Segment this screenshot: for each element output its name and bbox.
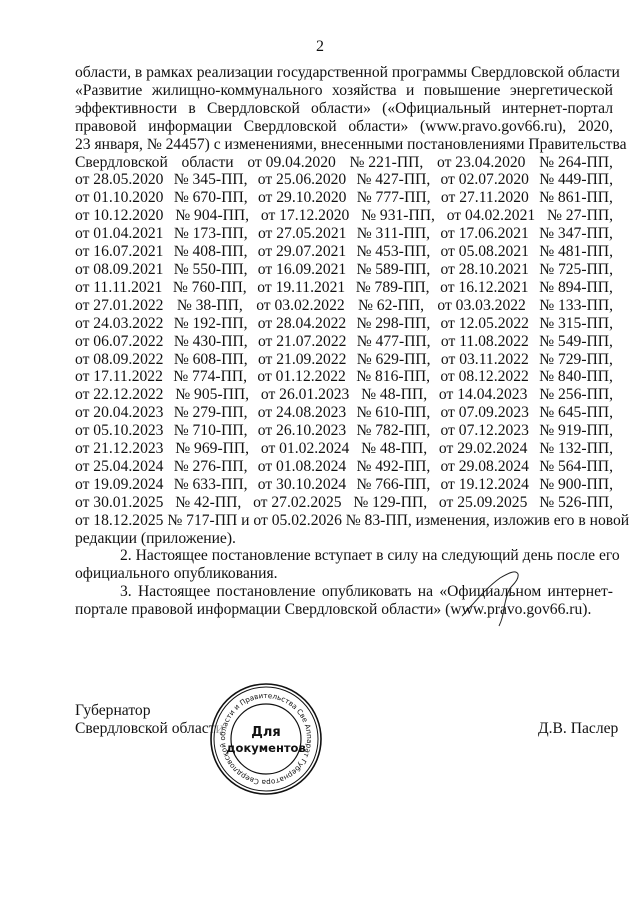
amendment-line: Свердловскойобластиот 09.04.2020№ 221-ПП…: [75, 154, 613, 172]
amendment-number: № 408-ПП,: [174, 243, 248, 261]
amendment-number: № 42-ПП,: [175, 494, 241, 512]
amendment-date: от 01.08.2024: [258, 458, 346, 476]
amendment-number: № 629-ПП,: [357, 351, 431, 369]
amendment-line: от 30.01.2025№ 42-ПП,от 27.02.2025№ 129-…: [75, 494, 613, 512]
amendment-number: № 610-ПП,: [356, 404, 430, 422]
amendment-number: № 276-ПП,: [174, 458, 248, 476]
amendment-line: от 20.04.2023№ 279-ПП,от 24.08.2023№ 610…: [75, 404, 613, 422]
amendment-date: от 24.08.2023: [258, 404, 346, 422]
amendment-date: от 28.05.2020: [75, 171, 163, 189]
amendment-number: № 481-ПП,: [539, 243, 613, 261]
amendment-date: от 26.10.2023: [258, 422, 346, 440]
amendment-line: от 08.09.2022№ 608-ПП,от 21.09.2022№ 629…: [75, 351, 613, 369]
amendment-date: от 09.04.2020: [247, 154, 335, 172]
amendment-number: № 62-ПП,: [358, 297, 424, 315]
amendment-date: от 21.12.2023: [75, 440, 163, 458]
signatory-name: Д.В. Паслер: [538, 720, 618, 738]
amendment-number: № 311-ПП,: [357, 225, 430, 243]
amendment-number: № 589-ПП,: [356, 261, 430, 279]
amendment-number: № 919-ПП,: [539, 422, 613, 440]
amendment-date: от 29.07.2021: [258, 243, 346, 261]
amendment-date: от 19.09.2024: [75, 476, 163, 494]
amendment-number: № 816-ПП,: [356, 368, 430, 386]
amendment-number: № 904-ПП,: [175, 207, 249, 225]
stamp-center-line-1: Для: [251, 725, 280, 740]
amendment-number: № 129-ПП,: [353, 494, 427, 512]
amendment-prefix-word: области: [182, 154, 234, 172]
amendment-line: от 10.12.2020№ 904-ПП,от 17.12.2020№ 931…: [75, 207, 613, 225]
amendment-date: от 01.02.2024: [261, 440, 349, 458]
amendment-date: от 30.10.2024: [258, 476, 346, 494]
amendment-number: № 279-ПП,: [174, 404, 248, 422]
amendment-date: от 08.09.2021: [75, 261, 163, 279]
amendment-number: № 760-ПП,: [173, 279, 247, 297]
amendments-tail: от 18.12.2025 № 717-ПП и от 05.02.2026 №…: [75, 512, 613, 548]
intro-paragraph: области, в рамках реализации государстве…: [75, 64, 613, 154]
amendment-number: № 774-ПП,: [173, 368, 247, 386]
amendment-number: № 345-ПП,: [174, 171, 248, 189]
amendment-number: № 608-ПП,: [174, 351, 248, 369]
amendment-date: от 28.04.2022: [258, 315, 346, 333]
amendment-date: от 25.06.2020: [258, 171, 346, 189]
amendment-number: № 264-ПП,: [539, 154, 613, 172]
amendment-number: № 861-ПП,: [539, 189, 613, 207]
amendment-date: от 03.11.2022: [441, 351, 529, 369]
amendment-date: от 27.05.2021: [258, 225, 346, 243]
amendment-number: № 347-ПП,: [539, 225, 613, 243]
amendment-number: № 526-ПП,: [539, 494, 613, 512]
amendment-date: от 03.02.2022: [256, 297, 344, 315]
amendment-number: № 173-ПП,: [174, 225, 248, 243]
amendment-date: от 04.02.2021: [447, 207, 535, 225]
amendment-number: № 430-ПП,: [174, 333, 248, 351]
text-line: эффективности в Свердловской области» («…: [75, 100, 613, 118]
amendment-line: от 28.05.2020№ 345-ПП,от 25.06.2020№ 427…: [75, 171, 613, 189]
text-line: 23 января, № 24457) с изменениями, внесе…: [75, 136, 613, 154]
amendment-number: № 900-ПП,: [539, 476, 613, 494]
text-line: «Развитие жилищно-коммунального хозяйств…: [75, 82, 613, 100]
amendment-line: от 01.10.2020№ 670-ПП,от 29.10.2020№ 777…: [75, 189, 613, 207]
amendment-date: от 24.03.2022: [75, 315, 163, 333]
amendment-line: от 11.11.2021№ 760-ПП,от 19.11.2021№ 789…: [75, 279, 613, 297]
amendment-number: № 725-ПП,: [539, 261, 613, 279]
amendment-number: № 905-ПП,: [175, 386, 249, 404]
document-body: области, в рамках реализации государстве…: [75, 64, 613, 619]
amendment-number: № 550-ПП,: [174, 261, 248, 279]
amendment-date: от 17.12.2020: [261, 207, 349, 225]
amendment-number: № 492-ПП,: [356, 458, 430, 476]
amendment-line: от 27.01.2022№ 38-ПП,от 03.02.2022№ 62-П…: [75, 297, 613, 315]
amendment-date: от 29.10.2020: [258, 189, 346, 207]
amendment-date: от 16.12.2021: [440, 279, 528, 297]
amendment-prefix-word: Свердловской: [75, 154, 168, 172]
amendment-date: от 14.04.2023: [439, 386, 527, 404]
amendment-number: № 969-ПП,: [175, 440, 249, 458]
amendment-number: № 564-ПП,: [539, 458, 613, 476]
amendment-line: от 16.07.2021№ 408-ПП,от 29.07.2021№ 453…: [75, 243, 613, 261]
amendment-date: от 19.11.2021: [257, 279, 345, 297]
text-line: области, в рамках реализации государстве…: [75, 64, 613, 82]
amendment-date: от 16.07.2021: [75, 243, 163, 261]
amendment-line: от 01.04.2021№ 173-ПП,от 27.05.2021№ 311…: [75, 225, 613, 243]
amendment-number: № 298-ПП,: [356, 315, 430, 333]
amendment-number: № 38-ПП,: [177, 297, 243, 315]
amendment-date: от 01.10.2020: [75, 189, 163, 207]
amendment-number: № 315-ПП,: [539, 315, 613, 333]
page-number: 2: [0, 38, 640, 56]
amendment-date: от 08.09.2022: [75, 351, 163, 369]
amendment-date: от 27.11.2020: [441, 189, 529, 207]
amendment-number: № 777-ПП,: [357, 189, 431, 207]
amendment-date: от 19.12.2024: [440, 476, 528, 494]
amendment-number: № 27-ПП,: [547, 207, 613, 225]
amendment-date: от 21.07.2022: [258, 333, 346, 351]
amendment-line: от 21.12.2023№ 969-ПП,от 01.02.2024№ 48-…: [75, 440, 613, 458]
text-line: от 18.12.2025 № 717-ПП и от 05.02.2026 №…: [75, 512, 613, 530]
amendment-line: от 17.11.2022№ 774-ПП,от 01.12.2022№ 816…: [75, 368, 613, 386]
amendment-date: от 23.04.2020: [437, 154, 525, 172]
amendment-number: № 427-ПП,: [356, 171, 430, 189]
amendment-number: № 710-ПП,: [174, 422, 248, 440]
amendment-date: от 29.08.2024: [440, 458, 528, 476]
amendment-date: от 27.01.2022: [75, 297, 163, 315]
amendment-line: от 19.09.2024№ 633-ПП,от 30.10.2024№ 766…: [75, 476, 613, 494]
text-line: 2. Настоящее постановление вступает в си…: [75, 547, 613, 565]
amendment-number: № 48-ПП,: [361, 386, 427, 404]
amendment-date: от 08.12.2022: [440, 368, 528, 386]
amendment-number: № 549-ПП,: [539, 333, 613, 351]
amendment-number: № 477-ПП,: [357, 333, 431, 351]
amendment-date: от 16.09.2021: [258, 261, 346, 279]
amendment-date: от 17.11.2022: [75, 368, 163, 386]
amendment-date: от 26.01.2023: [261, 386, 349, 404]
amendment-date: от 10.12.2020: [75, 207, 163, 225]
amendment-date: от 07.09.2023: [440, 404, 528, 422]
amendment-number: № 633-ПП,: [174, 476, 248, 494]
amendment-line: от 08.09.2021№ 550-ПП,от 16.09.2021№ 589…: [75, 261, 613, 279]
amendments-list: Свердловскойобластиот 09.04.2020№ 221-ПП…: [75, 154, 613, 512]
amendment-number: № 729-ПП,: [539, 351, 613, 369]
amendment-date: от 12.05.2022: [440, 315, 528, 333]
amendment-number: № 670-ПП,: [174, 189, 248, 207]
amendment-date: от 17.06.2021: [440, 225, 528, 243]
amendment-date: от 29.02.2024: [439, 440, 527, 458]
amendment-date: от 25.09.2025: [439, 494, 527, 512]
amendment-date: от 07.12.2023: [440, 422, 528, 440]
amendment-date: от 06.07.2022: [75, 333, 163, 351]
amendment-date: от 05.08.2021: [440, 243, 528, 261]
signatory-title-line-2: Свердловской области: [75, 720, 224, 738]
amendment-date: от 01.12.2022: [257, 368, 345, 386]
stamp-center-line-2: документов: [226, 741, 305, 755]
amendment-number: № 48-ПП,: [361, 440, 427, 458]
amendment-date: от 25.04.2024: [75, 458, 163, 476]
amendment-number: № 894-ПП,: [539, 279, 613, 297]
amendment-line: от 24.03.2022№ 192-ПП,от 28.04.2022№ 298…: [75, 315, 613, 333]
amendment-number: № 192-ПП,: [174, 315, 248, 333]
amendment-number: № 782-ПП,: [356, 422, 430, 440]
signatory-title-line-1: Губернатор: [75, 702, 224, 720]
amendment-line: от 05.10.2023№ 710-ПП,от 26.10.2023№ 782…: [75, 422, 613, 440]
signatory-title: Губернатор Свердловской области: [75, 702, 224, 738]
amendment-number: № 789-ПП,: [356, 279, 430, 297]
amendment-date: от 03.03.2022: [437, 297, 525, 315]
amendment-date: от 11.11.2021: [75, 279, 162, 297]
amendment-number: № 256-ПП,: [539, 386, 613, 404]
amendment-date: от 30.01.2025: [75, 494, 163, 512]
amendment-line: от 25.04.2024№ 276-ПП,от 01.08.2024№ 492…: [75, 458, 613, 476]
amendment-date: от 01.04.2021: [75, 225, 163, 243]
amendment-date: от 11.08.2022: [441, 333, 529, 351]
amendment-line: от 06.07.2022№ 430-ПП,от 21.07.2022№ 477…: [75, 333, 613, 351]
amendment-date: от 05.10.2023: [75, 422, 163, 440]
amendment-number: № 766-ПП,: [356, 476, 430, 494]
amendment-number: № 645-ПП,: [539, 404, 613, 422]
amendment-number: № 453-ПП,: [356, 243, 430, 261]
text-line: редакции (приложение).: [75, 530, 613, 548]
amendment-date: от 20.04.2023: [75, 404, 163, 422]
amendment-date: от 28.10.2021: [440, 261, 528, 279]
text-line: правовой информации Свердловской области…: [75, 118, 613, 136]
amendment-date: от 27.02.2025: [253, 494, 341, 512]
official-stamp: Аппарат Губернатора Свердловской области…: [209, 682, 323, 796]
amendment-date: от 22.12.2022: [75, 386, 163, 404]
signature-scribble: [460, 568, 560, 628]
amendment-date: от 02.07.2020: [440, 171, 528, 189]
amendment-number: № 221-ПП,: [350, 154, 424, 172]
amendment-number: № 931-ПП,: [361, 207, 435, 225]
amendment-line: от 22.12.2022№ 905-ПП,от 26.01.2023№ 48-…: [75, 386, 613, 404]
amendment-number: № 132-ПП,: [539, 440, 613, 458]
amendment-date: от 21.09.2022: [258, 351, 346, 369]
amendment-number: № 133-ПП,: [539, 297, 613, 315]
amendment-number: № 449-ПП,: [539, 171, 613, 189]
amendment-number: № 840-ПП,: [539, 368, 613, 386]
